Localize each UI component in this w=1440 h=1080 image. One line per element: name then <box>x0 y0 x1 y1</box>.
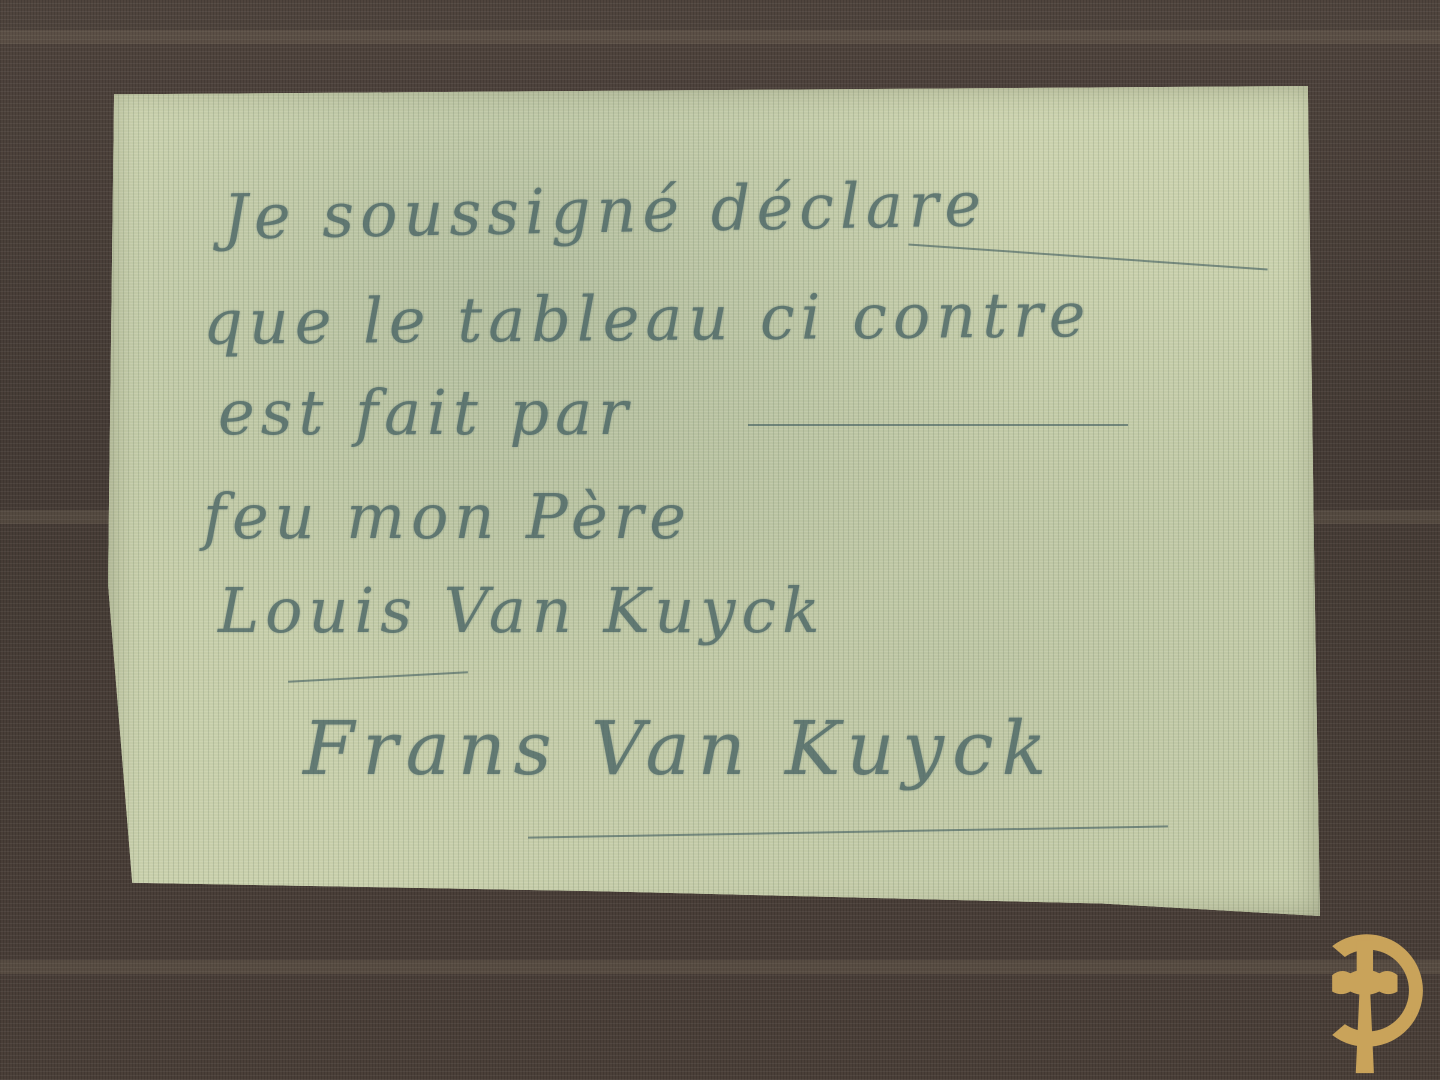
pen-flourish <box>288 671 468 682</box>
primed-label-panel: Je soussigné déclare que le tableau ci c… <box>108 86 1320 916</box>
handwritten-inscription: Je soussigné déclare que le tableau ci c… <box>108 86 1320 916</box>
inscription-line-3: est fait par <box>218 376 634 449</box>
signature-underline <box>528 825 1168 838</box>
canvas-weave-stripe <box>0 960 1440 974</box>
canvas-weave-stripe <box>0 30 1440 44</box>
inscription-line-5: Louis Van Kuyck <box>218 574 826 647</box>
canvas-back-photo: Je soussigné déclare que le tableau ci c… <box>0 0 1440 1080</box>
inscription-line-2: que le tableau ci contre <box>203 278 1092 359</box>
gavel-in-crescent-logo-icon <box>1314 918 1432 1074</box>
pen-flourish <box>748 424 1128 426</box>
inscription-line-4: feu mon Père <box>203 480 692 553</box>
inscription-line-1: Je soussigné déclare <box>222 167 987 253</box>
signature: Frans Van Kuyck <box>303 706 1054 792</box>
pen-flourish <box>908 243 1267 270</box>
